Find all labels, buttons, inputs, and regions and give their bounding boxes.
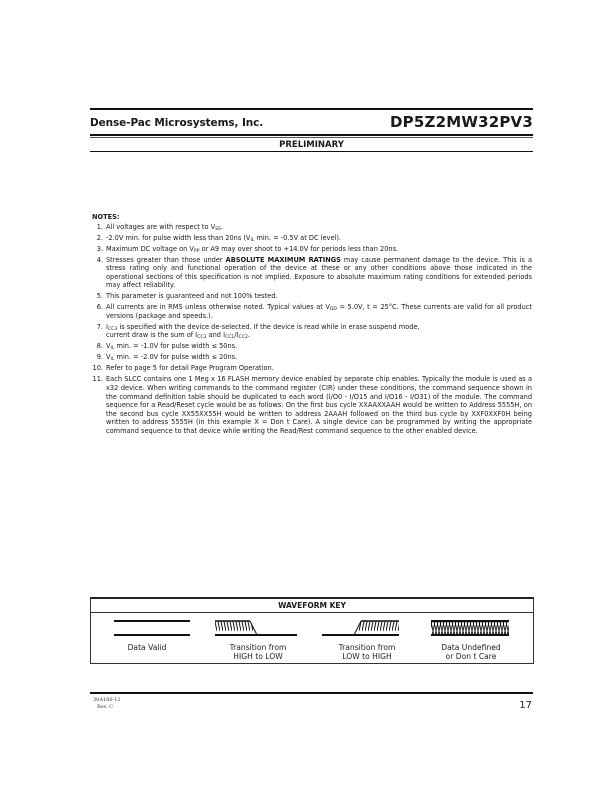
note-number: 10. [92, 364, 103, 373]
note-number: 4. [92, 256, 103, 265]
note-item: 6.All currents are in RMS unless otherwi… [92, 303, 532, 320]
note-number: 11. [92, 375, 103, 384]
waveform-key-item-high-to-low: Transition from HIGH to LOW [208, 617, 308, 661]
high-to-low-transition-icon [208, 617, 308, 639]
note-text: All currents are in RMS unless otherwise… [106, 303, 532, 320]
note-text: ICC3 is specified with the device de-sel… [106, 323, 420, 340]
preliminary-label: PRELIMINARY [90, 140, 533, 150]
notes-section: NOTES: 1.All voltages are with respect t… [92, 213, 532, 438]
notes-list: 1.All voltages are with respect to VSS.2… [92, 223, 532, 436]
waveform-label-high-to-low: Transition from HIGH to LOW [208, 643, 308, 661]
note-number: 6. [92, 303, 103, 312]
header-top-rule [90, 108, 533, 110]
waveform-label-low-to-high: Transition from LOW to HIGH [317, 643, 417, 661]
datasheet-page: Dense-Pac Microsystems, Inc. DP5Z2MW32PV… [0, 0, 612, 792]
notes-title: NOTES: [92, 213, 532, 222]
note-item: 7.ICC3 is specified with the device de-s… [92, 323, 532, 340]
note-number: 9. [92, 353, 103, 362]
note-number: 8. [92, 342, 103, 351]
note-number: 5. [92, 292, 103, 301]
note-text: Maximum DC voltage on VPP or A9 may over… [106, 245, 398, 253]
header-bottom-rule [90, 151, 533, 152]
note-text: All voltages are with respect to VSS. [106, 223, 223, 231]
note-item: 3.Maximum DC voltage on VPP or A9 may ov… [92, 245, 532, 254]
low-to-high-transition-icon [317, 617, 417, 639]
header-mid-rule [90, 134, 533, 136]
note-item: 8.VIL min. = -1.0V for pulse width ≤ 50n… [92, 342, 532, 351]
dont-care-waveform-icon [421, 617, 521, 639]
note-item: 4.Stresses greater than those under ABSO… [92, 256, 532, 290]
waveform-label-dont-care: Data Undefined or Don t Care [421, 643, 521, 661]
document-number: 30A180-12 [93, 697, 121, 704]
note-item: 10.Refer to page 5 for detail Page Progr… [92, 364, 532, 373]
waveform-key: WAVEFORM KEY Data Valid [90, 597, 534, 664]
waveform-key-item-data-valid: Data Valid [97, 617, 197, 652]
data-valid-waveform-icon [97, 617, 197, 639]
note-item: 5.This parameter is guaranteed and not 1… [92, 292, 532, 301]
note-item: 9.VIL min. = -2.0V for pulse width ≤ 20n… [92, 353, 532, 362]
waveform-key-item-low-to-high: Transition from LOW to HIGH [317, 617, 417, 661]
waveform-key-item-dont-care: Data Undefined or Don t Care [421, 617, 521, 661]
header-mid-rule-thin [90, 137, 533, 138]
waveform-label-data-valid: Data Valid [97, 643, 197, 652]
note-text: VIL min. = -1.0V for pulse width ≤ 50ns. [106, 342, 237, 350]
note-text: Stresses greater than those under ABSOLU… [106, 256, 532, 290]
revision-label: Rev. C [93, 704, 121, 711]
note-text: Each SLCC contains one 1 Meg x 16 FLASH … [106, 375, 532, 435]
note-item: 2.-2.0V min. for pulse width less than 2… [92, 234, 532, 243]
footer-rule [90, 692, 533, 694]
note-item: 1.All voltages are with respect to VSS. [92, 223, 532, 232]
page-number: 17 [519, 700, 532, 711]
note-text: This parameter is guaranteed and not 100… [106, 292, 278, 300]
note-number: 1. [92, 223, 103, 232]
note-text: -2.0V min. for pulse width less than 20n… [106, 234, 341, 242]
note-number: 3. [92, 245, 103, 254]
note-text: Refer to page 5 for detail Page Program … [106, 364, 274, 372]
note-number: 2. [92, 234, 103, 243]
footer-document-info: 30A180-12 Rev. C [93, 697, 121, 710]
waveform-key-title: WAVEFORM KEY [91, 599, 533, 613]
company-name: Dense-Pac Microsystems, Inc. [90, 117, 263, 129]
note-item: 11.Each SLCC contains one 1 Meg x 16 FLA… [92, 375, 532, 435]
part-number: DP5Z2MW32PV3 [390, 113, 533, 131]
note-text: VIL min. = -2.0V for pulse width ≤ 20ns. [106, 353, 237, 361]
note-number: 7. [92, 323, 103, 332]
